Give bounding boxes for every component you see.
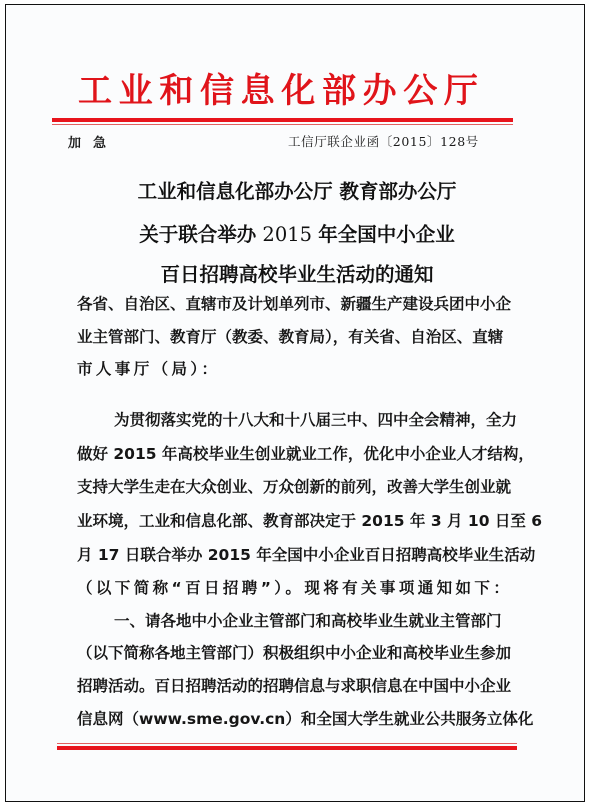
issuer-char: 信 [200, 74, 234, 108]
document-number: 工信厅联企业函〔2015〕128号 [288, 132, 479, 150]
doc-title-line-2-post: 年全国中小企业 [318, 223, 455, 246]
urgency-label: 加急 [68, 132, 118, 151]
issuer-char: 部 [322, 74, 356, 108]
issuer-header: 工 业 和 信 息 化 部 办 公 厅 [78, 70, 478, 112]
header-red-rule [52, 118, 513, 122]
body-line: 支持大学生走在大众创业、万众创新的前列，改善大学生创业就 [77, 477, 497, 497]
doc-title-line-1: 工业和信息化部办公厅 教育部办公厅 [0, 176, 594, 204]
issuer-char: 息 [241, 74, 275, 108]
body-line: 月 17 日联合举办 2015 年全国中小企业百日招聘高校毕业生活动 [77, 545, 497, 565]
footer-red-rule [57, 746, 517, 750]
doc-title-line-2: 关于联合举办 2015 年全国中小企业 [0, 219, 594, 247]
issuer-char: 工 [78, 74, 112, 108]
body-line: 业主管部门、教育厅（教委、教育局），有关省、自治区、直辖 [77, 327, 497, 347]
body-line: （以下简称各地主管部门）积极组织中小企业和高校毕业生参加 [77, 643, 497, 663]
body-line: （以下简称“百日招聘”）。现将有关事项通知如下： [77, 578, 497, 598]
doc-title-line-2-pre: 关于联合举办 [139, 223, 256, 246]
issuer-char: 办 [363, 74, 397, 108]
doc-title-line-3: 百日招聘高校毕业生活动的通知 [0, 259, 594, 287]
body-line: 信息网（www.sme.gov.cn）和全国大学生就业公共服务立体化 [77, 709, 497, 729]
issuer-char: 化 [281, 74, 315, 108]
issuer-char: 厅 [444, 74, 478, 108]
body-line: 做好 2015 年高校毕业生创业就业工作，优化中小企业人才结构， [77, 444, 497, 464]
issuer-char: 业 [119, 74, 153, 108]
header-red-rule-thin [52, 124, 513, 125]
body-line: 招聘活动。百日招聘活动的招聘信息与求职信息在中国中小企业 [77, 676, 497, 696]
issuer-char: 公 [403, 74, 437, 108]
body-line: 市人事厅（局）： [77, 359, 497, 379]
body-line: 业环境，工业和信息化部、教育部决定于 2015 年 3 月 10 日至 6 [77, 511, 497, 531]
doc-title-year: 2015 [256, 223, 318, 246]
footer-red-rule-thin [57, 743, 517, 744]
issuer-char: 和 [159, 74, 193, 108]
body-line: 各省、自治区、直辖市及计划单列市、新疆生产建设兵团中小企 [77, 294, 497, 314]
body-line: 为贯彻落实党的十八大和十八届三中、四中全会精神，全力 [114, 410, 497, 430]
body-line: 一、请各地中小企业主管部门和高校毕业生就业主管部门 [114, 611, 497, 631]
